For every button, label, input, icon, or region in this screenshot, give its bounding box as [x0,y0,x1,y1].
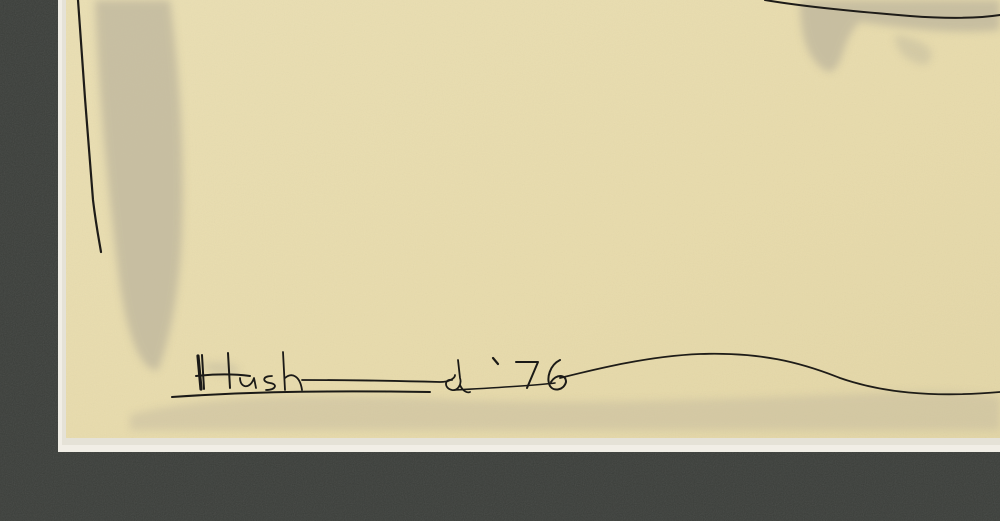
framed-artwork-photo: Hushand '76 [0,0,1000,521]
artwork-canvas [0,0,1000,521]
